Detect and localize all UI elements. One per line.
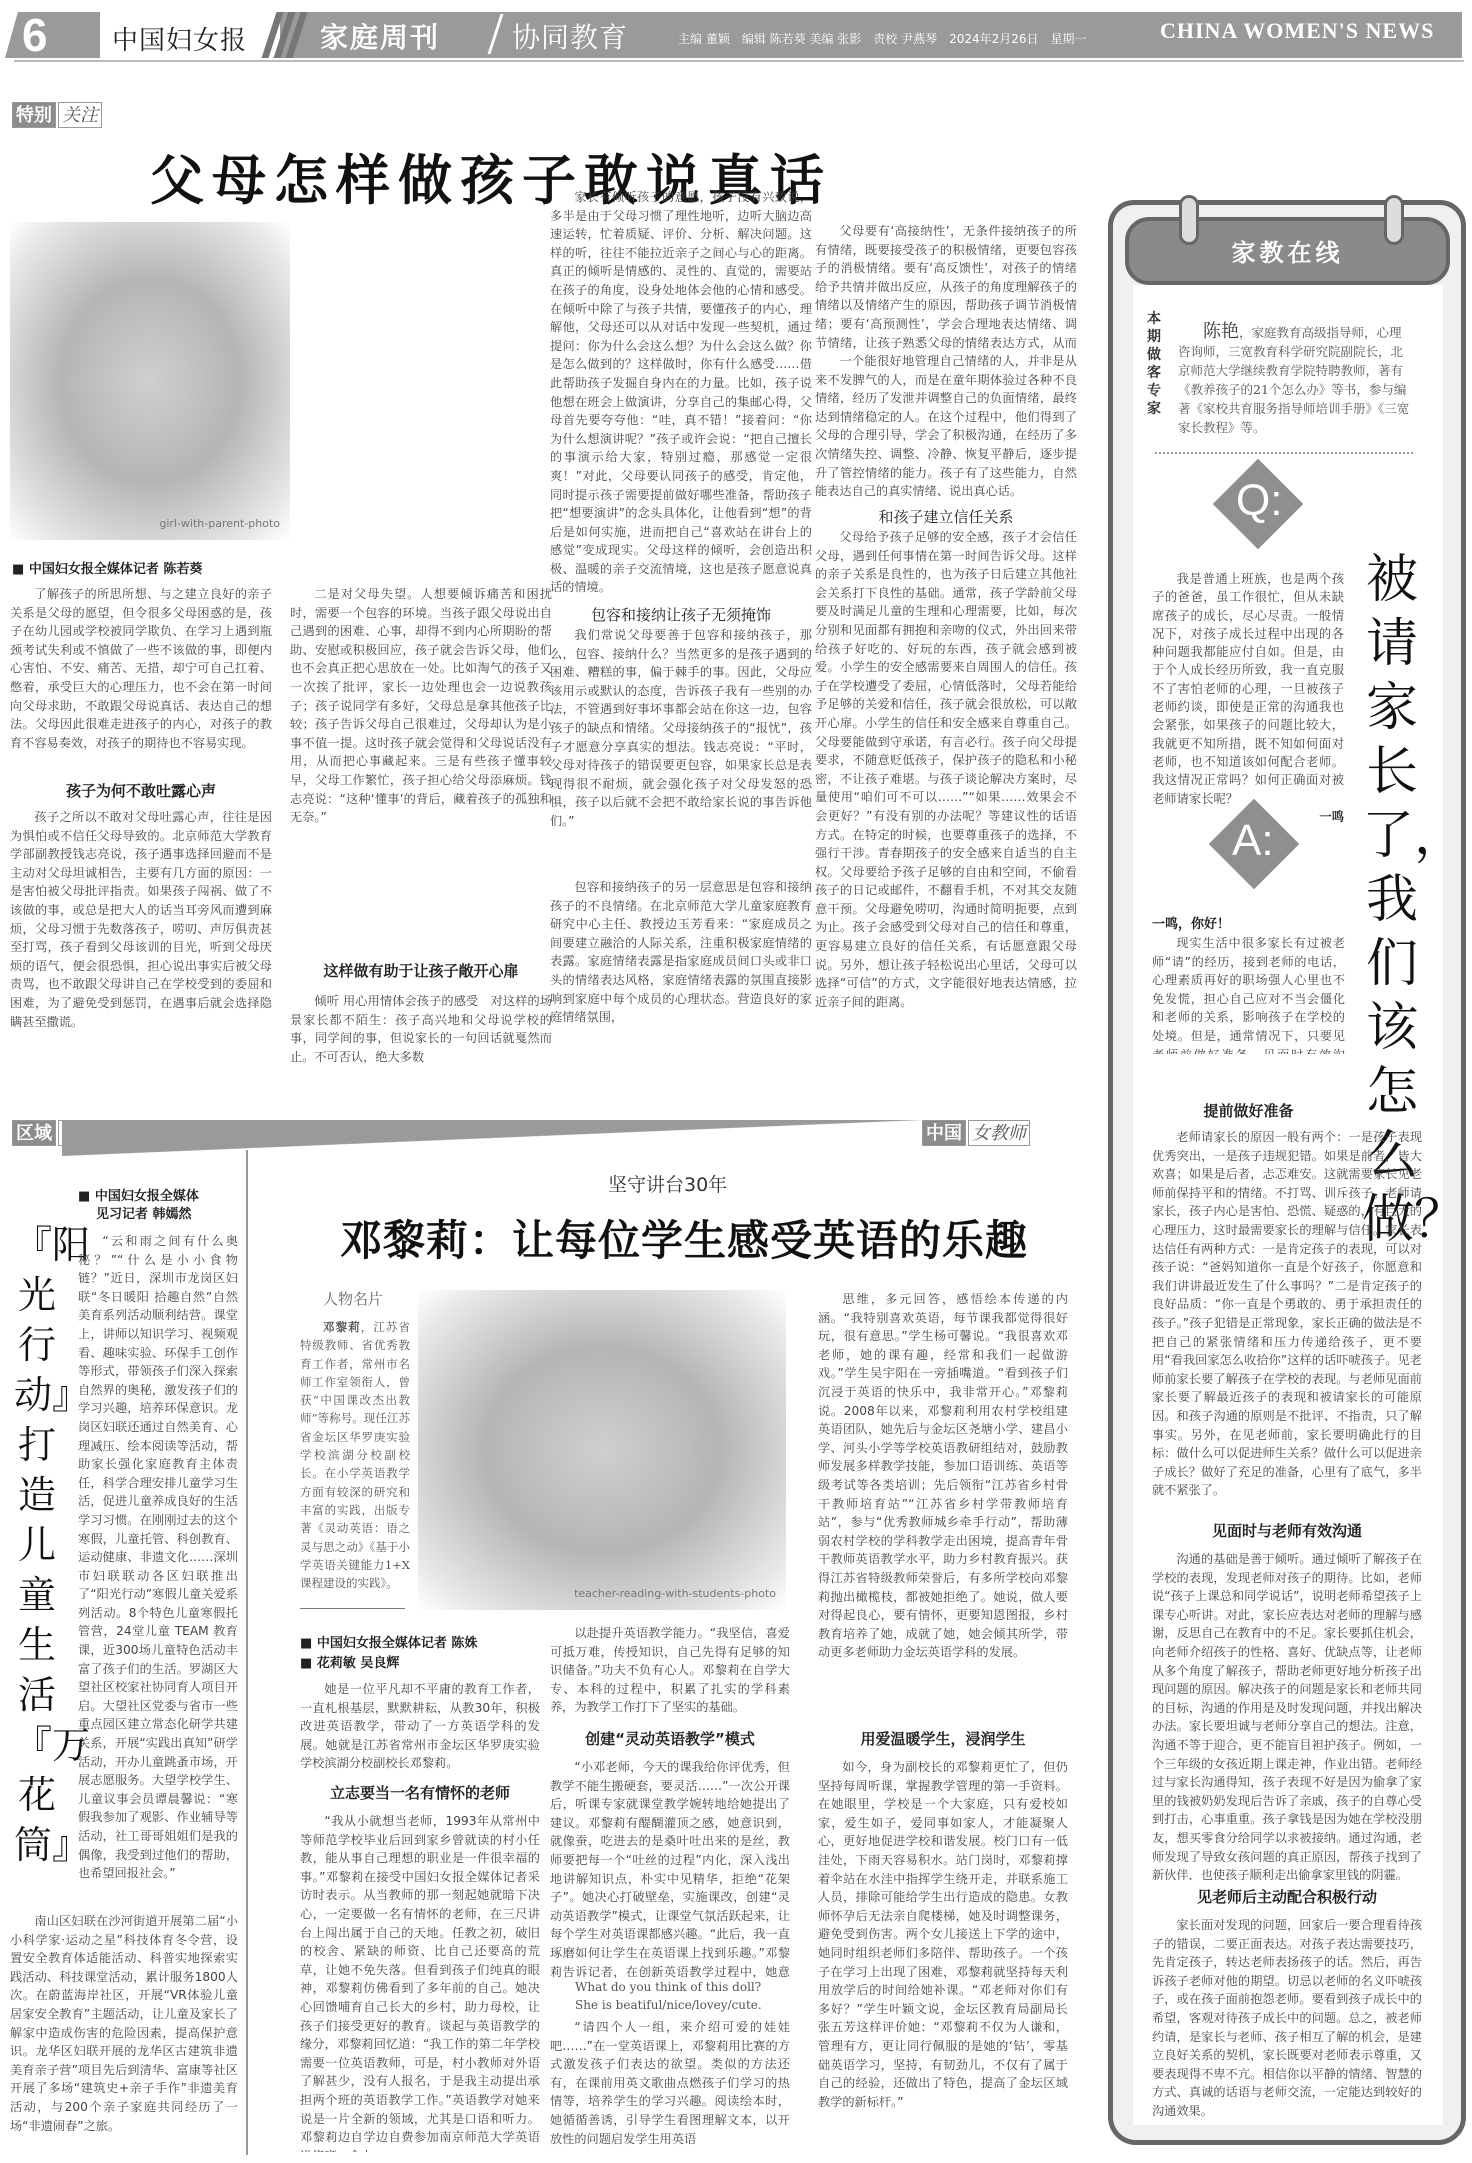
english-example-2: She is beatiful/nice/lovey/cute.	[575, 1998, 762, 2012]
dotted-divider	[1155, 452, 1413, 454]
section-title: 家庭周刊	[320, 16, 440, 56]
profile-rule	[300, 1608, 405, 1609]
expert-bio: 陈艳，家庭教育高级指导师，心理咨询师，三宽教育科学研究院副院长，北京师范大学继续…	[1178, 322, 1410, 437]
slash-decoration	[265, 12, 305, 58]
tag-part-2: 关注	[58, 102, 102, 128]
photo-caption-placeholder: teacher-reading-with-students-photo	[574, 1587, 776, 1600]
tag-part-1: 区域	[12, 1120, 56, 1146]
answer-greeting: 一鸣，你好！	[1152, 913, 1230, 932]
question-text: 我是普通上班族，也是两个孩子的爸爸，虽工作很忙，但从未缺席孩子的成长，尽心尽责。…	[1152, 572, 1344, 806]
editorial-credits: 主编 董颖 编辑 陈若葵 美编 张影 责校 尹燕琴 2024年2月26日 星期一	[678, 30, 1087, 47]
tag-part-1: 中国	[922, 1120, 966, 1146]
byline-line-2: 见习记者 韩嫣然	[96, 1203, 192, 1222]
a-letter: A:	[1232, 816, 1274, 866]
teacher-photo: teacher-reading-with-students-photo	[418, 1290, 786, 1610]
page-number: 6	[22, 8, 48, 62]
teacher-subhead-2: 创建“灵动英语教学”模式	[550, 1728, 790, 1749]
byline-line-1: 中国妇女报全媒体	[95, 1189, 199, 1204]
feature-lead: 了解孩子的所思所想、与之建立良好的亲子关系是父母的愿望，但令很多父母困惑的是，孩…	[10, 585, 272, 770]
column-rule	[246, 1150, 248, 2155]
teacher-col2-body: “小邓老师，今天的课我给你评优秀，但教学不能生搬硬套，要灵活……”一次公开课后，…	[550, 1758, 790, 1978]
teacher-col3-body: 如今，身为副校长的邓黎莉更忙了，但仍坚持每周听课，掌握教学管理的第一手资料。在她…	[818, 1758, 1068, 2152]
teacher-tag: 中国 女教师	[922, 1120, 1030, 1146]
sidebar-title: 家教在线	[1129, 233, 1446, 268]
profile-name: 邓黎莉	[323, 1320, 361, 1334]
teacher-subhead-3: 用爱温暖学生，浸润学生	[818, 1728, 1068, 1749]
feature-col1-body: 孩子之所以不敢对父母吐露心声，往往是因为惧怕或不信任父母导致的。北京师范大学教育…	[10, 808, 272, 1098]
teacher-col2-tail: “请四个人一组，来介绍可爱的娃娃吧……”在一堂英语课上，邓黎莉用比赛的方式激发孩…	[550, 2018, 790, 2152]
feature-col4-body: 父母要有‘高接纳性’，无条件接纳孩子的所有情绪，既要接受孩子的积极情绪，更要包容…	[815, 222, 1077, 352]
feature-col4-body-c: 父母给予孩子足够的安全感，孩子才会信任父母，遇到任何事情在第一时间告诉父母。这样…	[815, 528, 1077, 1096]
tag-part-1: 特别	[12, 102, 56, 128]
feature-subhead-2: 这样做有助于让孩子敞开心扉	[290, 960, 552, 981]
teacher-byline-2: 花莉敏 吴良辉	[300, 1652, 399, 1671]
teacher-byline-1: 中国妇女报全媒体记者 陈姝	[300, 1632, 477, 1651]
teacher-col2-intro: 以赴提升英语教学能力。“我坚信，喜爱可抵万难，传授知识，自己先得有足够的知识储备…	[550, 1624, 790, 1716]
english-example-1: What do you think of this doll?	[575, 1980, 761, 1994]
answer-intro: 现实生活中很多家长有过被老师“请”的经历，接到老师的电话，心理素质再好的职场强人…	[1152, 934, 1345, 1054]
answer-subhead-3: 见老师后主动配合积极行动	[1152, 1886, 1422, 1907]
feature-col3-body: 家长有倾听孩子的意愿，孩子没有兴致说，多半是由于父母习惯了理性地听，边听大脑边高…	[550, 188, 812, 600]
feature-col4-body-b: 一个能很好地管理自己情绪的人，并非是从来不发脾气的人，而是在童年期体验过各种不良…	[815, 352, 1077, 502]
profile-card-title: 人物名片	[323, 1288, 383, 1309]
answer-section-3: 家长面对发现的问题，回家后一要合理看待孩子的错误，二要正面表达。对孩子表达需要技…	[1152, 1916, 1422, 2122]
feature-col4-subhead: 和孩子建立信任关系	[815, 506, 1077, 527]
masthead: 6 中国妇女报 家庭周刊 协同教育 主编 董颖 编辑 陈若葵 美编 张影 责校 …	[0, 0, 1472, 62]
regional-body: “云和雨之间有什么奥秘？”“什么是小小食物链？”近日，深圳市龙岗区妇联“冬日暖阳…	[78, 1232, 238, 1912]
section-band	[62, 1120, 922, 1156]
teacher-kicker: 坚守讲台30年	[608, 1170, 727, 1197]
profile-bio: ，江苏省特级教师、省优秀教育工作者，常州市名师工作室领衔人，曾获“中国课改杰出教…	[300, 1320, 410, 1590]
q-letter: Q:	[1236, 476, 1282, 526]
masthead-left-block	[5, 12, 97, 58]
answer-section-1: 老师请家长的原因一般有两个：一是孩子表现优秀突出，一是孩子违规犯错。如果是前者，…	[1152, 1128, 1422, 1556]
regional-body-bottom: 南山区妇联在沙河街道开展第二届“小小科学家·运动之星”科技体育冬令营，设置安全教…	[10, 1912, 238, 2152]
profile-card-text: 邓黎莉，江苏省特级教师、省优秀教育工作者，常州市名师工作室领衔人，曾获“中国课改…	[300, 1318, 410, 1592]
answer-subhead-1: 提前做好准备	[1152, 1100, 1345, 1121]
sidebar-header: 家教在线	[1125, 217, 1450, 285]
reader-question: 我是普通上班族，也是两个孩子的爸爸，虽工作很忙，但从未缺席孩子的成长，尽心尽责。…	[1152, 570, 1344, 826]
teacher-subhead-1: 立志要当一名有情怀的老师	[300, 1782, 540, 1803]
expert-bio-text: ，家庭教育高级指导师，心理咨询师，三宽教育科学研究院副院长，北京师范大学继续教育…	[1178, 325, 1409, 435]
feature-photo: girl-with-parent-photo	[10, 222, 290, 540]
answer-subhead-2: 见面时与老师有效沟通	[1152, 1520, 1422, 1541]
feature-tag: 特别 关注	[12, 102, 102, 128]
regional-byline: 中国妇女报全媒体	[78, 1185, 199, 1204]
teacher-col3-top: 思维，多元回答，感悟绘本传递的内涵。“我特别喜欢英语，每节课我都觉得很好玩，很有…	[818, 1290, 1068, 1690]
photo-caption-placeholder: girl-with-parent-photo	[159, 517, 280, 530]
tag-part-2: 女教师	[968, 1120, 1030, 1146]
expert-name: 陈艳	[1203, 321, 1239, 342]
feature-byline: 中国妇女报全媒体记者 陈若葵	[12, 558, 202, 577]
expert-label: 本期做客专家	[1147, 310, 1163, 418]
subsection-title: 协同教育	[512, 16, 628, 56]
paper-logo: 中国妇女报	[112, 20, 247, 57]
feature-col2-after: 倾听 用心用情体会孩子的感受 对这样的场景家长都不陌生：孩子高兴地和父母说学校的…	[290, 992, 552, 1096]
teacher-headline[interactable]: 邓黎莉：让每位学生感受英语的乐趣	[340, 1208, 1028, 1268]
english-paper-name: CHINA WOMEN'S NEWS	[1160, 18, 1434, 44]
answer-section-2: 沟通的基础是善于倾听。通过倾听了解孩子在学校的表现，发现老师对孩子的期待。比如，…	[1152, 1550, 1422, 1880]
feature-col2-body: 二是对父母失望。人想要倾诉痛苦和困扰时，需要一个包容的环境。当孩子跟父母说出自己…	[290, 585, 552, 905]
masthead-rule	[14, 60, 1464, 62]
feature-col3-subhead: 包容和接纳让孩子无须掩饰	[550, 604, 812, 625]
feature-col3-body-c: 包容和接纳孩子的另一层意思是包容和接纳孩子的不良情绪。在北京师范大学儿童家庭教育…	[550, 878, 812, 1096]
teacher-col1-body: “我从小就想当老师，1993年从常州中等师范学校毕业后回到家乡曾就读的村小任教，…	[300, 1812, 540, 2152]
regional-vertical-headline[interactable]: 『阳光行动』打造儿童生活『万花筒』	[14, 1220, 60, 1870]
teacher-intro: 她是一位平凡却不平庸的教育工作者，一直札根基层，默默耕耘，从教30年，积极改进英…	[300, 1680, 540, 1772]
feature-col3-body-b: 我们常说父母要善于包容和接纳孩子，那么，包容、接纳什么？当然更多的是孩子遇到的困…	[550, 626, 812, 874]
feature-subhead-1: 孩子为何不敢吐露心声	[10, 780, 272, 801]
